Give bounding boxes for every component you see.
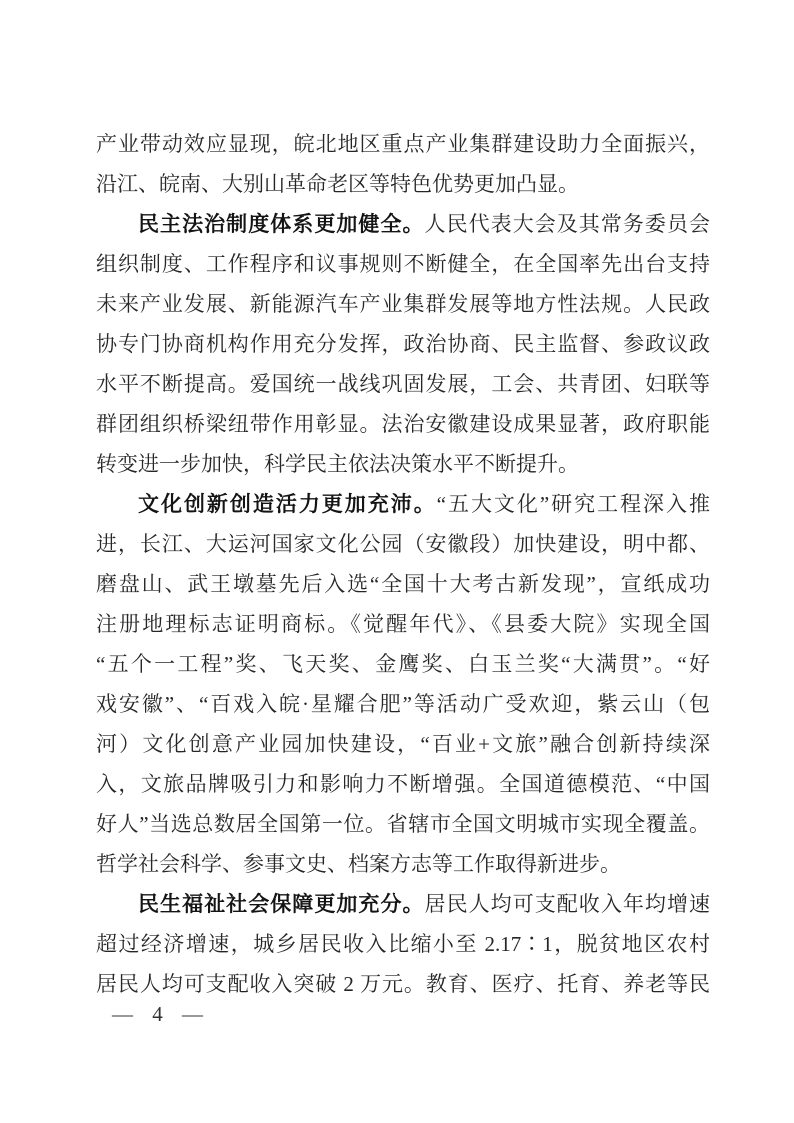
text-line: 哲学社会科学、参事文史、档案方志等工作取得新进步。 [96, 844, 710, 884]
text-line: 磨盘山、武王墩墓先后入选“全国十大考古新发现”，宣纸成功 [96, 564, 710, 604]
text-line: 河）文化创意产业园加快建设，“百业+文旅”融合创新持续深 [96, 724, 710, 764]
text-line: 超过经济增速，城乡居民收入比缩小至 2.17∶1，脱贫地区农村 [96, 924, 710, 964]
text-line: 未来产业发展、新能源汽车产业集群发展等地方性法规。人民政 [96, 284, 710, 324]
text-line: 戏安徽”、“百戏入皖·星耀合肥”等活动广受欢迎，紫云山（包 [96, 684, 710, 724]
text-line: 水平不断提高。爱国统一战线巩固发展，工会、共青团、妇联等 [96, 364, 710, 404]
text-line: 群团组织桥梁纽带作用彰显。法治安徽建设成果显著，政府职能 [96, 404, 710, 444]
paragraph-heading: 民生福祉社会保障更加充分。 [138, 892, 425, 916]
text-body: 产业带动效应显现，皖北地区重点产业集群建设助力全面振兴，沿江、皖南、大别山革命老… [96, 124, 710, 1004]
text-line: 好人”当选总数居全国第一位。省辖市全国文明城市实现全覆盖。 [96, 804, 710, 844]
text-line: 民主法治制度体系更加健全。人民代表大会及其常务委员会 [96, 204, 710, 244]
text-line: 入，文旅品牌吸引力和影响力不断增强。全国道德模范、“中国 [96, 764, 710, 804]
text-line: 文化创新创造活力更加充沛。“五大文化”研究工程深入推 [96, 484, 710, 524]
text-line: 协专门协商机构作用充分发挥，政治协商、民主监督、参政议政 [96, 324, 710, 364]
text-line: 产业带动效应显现，皖北地区重点产业集群建设助力全面振兴， [96, 124, 710, 164]
text-line: 沿江、皖南、大别山革命老区等特色优势更加凸显。 [96, 164, 710, 204]
text-line: 转变进一步加快，科学民主依法决策水平不断提升。 [96, 444, 710, 484]
text-line: 组织制度、工作程序和议事规则不断健全，在全国率先出台支持 [96, 244, 710, 284]
text-line: “五个一工程”奖、飞天奖、金鹰奖、白玉兰奖“大满贯”。“好 [96, 644, 710, 684]
paragraph-heading: 民主法治制度体系更加健全。 [138, 212, 425, 236]
text-line: 居民人均可支配收入突破 2 万元。教育、医疗、托育、养老等民 [96, 964, 710, 1004]
text-line: 注册地理标志证明商标。《觉醒年代》、《县委大院》实现全国 [96, 604, 710, 644]
paragraph-heading: 文化创新创造活力更加充沛。 [138, 492, 437, 516]
text-line: 进，长江、大运河国家文化公园（安徽段）加快建设，明中都、 [96, 524, 710, 564]
page-number: — 4 — [112, 1000, 207, 1028]
document-page: 产业带动效应显现，皖北地区重点产业集群建设助力全面振兴，沿江、皖南、大别山革命老… [0, 0, 794, 1123]
text-line: 民生福祉社会保障更加充分。居民人均可支配收入年均增速 [96, 884, 710, 924]
